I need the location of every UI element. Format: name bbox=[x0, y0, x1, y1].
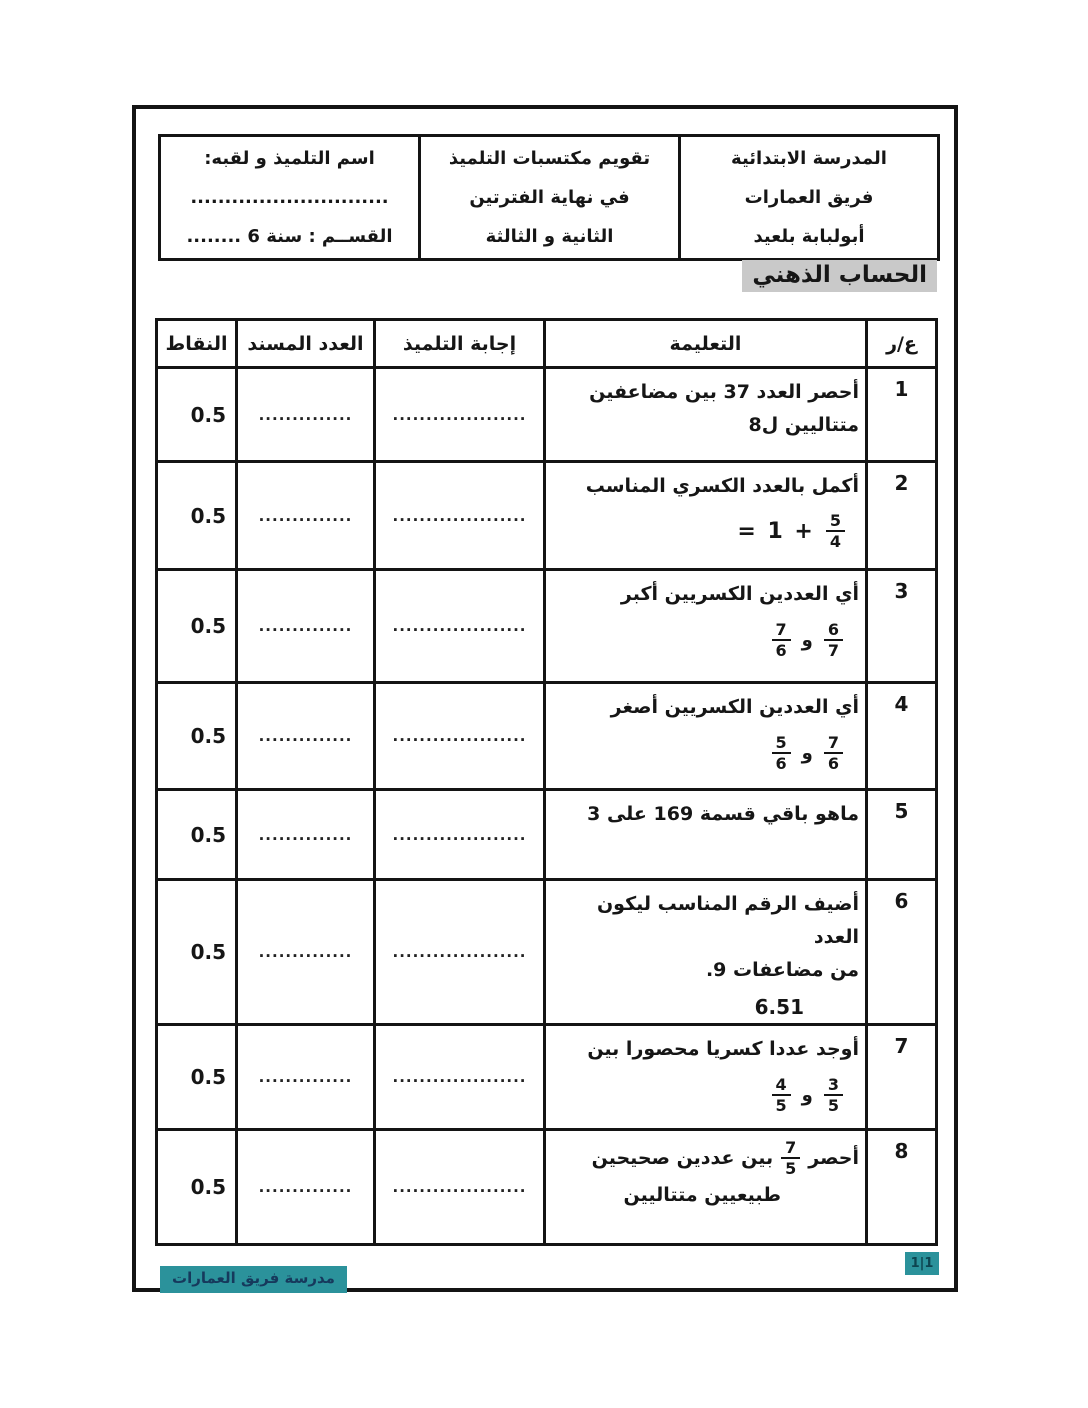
assigned-number-blank: .............. bbox=[237, 1025, 375, 1130]
col-header-assigned: العدد المسند bbox=[237, 320, 375, 368]
table-row: 5 ماهو باقي قسمة 169 على 3 .............… bbox=[157, 790, 937, 880]
instruction-line: ماهو باقي قسمة 169 على 3 bbox=[550, 798, 859, 831]
student-class-line: القســم : سنة 6 ........ bbox=[165, 217, 414, 256]
question-instruction: أي العددين الكسريين أصغر 7 6 و 5 6 bbox=[545, 683, 867, 790]
instruction-line: من مضاعفات 9. bbox=[550, 954, 859, 987]
assigned-number-blank: .............. bbox=[237, 462, 375, 570]
question-number: 4 bbox=[867, 683, 937, 790]
instruction-line: أوجد عددا كسريا محصورا بين bbox=[550, 1033, 859, 1066]
fraction-pair: 3 5 و 4 5 bbox=[550, 1066, 859, 1116]
fraction-numerator: 7 bbox=[781, 1138, 800, 1157]
points-value: 0.5 bbox=[157, 683, 237, 790]
conjunction-text: و bbox=[802, 743, 813, 764]
fraction-numerator: 7 bbox=[824, 733, 843, 752]
question-instruction: أحصر العدد 37 بين مضاعفين متتاليين ل8 bbox=[545, 368, 867, 462]
evaluation-line-1: تقويم مكتسبات التلميذ bbox=[425, 139, 674, 178]
instruction-line: طبيعيين متتاليين bbox=[550, 1179, 859, 1212]
questions-table: ع/ر التعليمة إجابة التلميذ العدد المسند … bbox=[155, 318, 938, 1246]
question-instruction: أي العددين الكسريين أكبر 6 7 و 7 6 bbox=[545, 570, 867, 683]
equation-line: = 1 + 5 4 bbox=[550, 503, 859, 552]
assigned-number-blank: .............. bbox=[237, 880, 375, 1025]
question-instruction: أوجد عددا كسريا محصورا بين 3 5 و 4 5 bbox=[545, 1025, 867, 1130]
evaluation-line-3: الثانية و الثالثة bbox=[425, 217, 674, 256]
fraction-numerator: 6 bbox=[824, 620, 843, 639]
assigned-number-blank: .............. bbox=[237, 1130, 375, 1245]
instruction-text-start: أحصر bbox=[808, 1142, 859, 1175]
fraction: 7 5 bbox=[781, 1138, 800, 1179]
question-number: 3 bbox=[867, 570, 937, 683]
table-row: 4 أي العددين الكسريين أصغر 7 6 و 5 6 ...… bbox=[157, 683, 937, 790]
student-answer-blank: .................... bbox=[375, 570, 545, 683]
assigned-number-blank: .............. bbox=[237, 683, 375, 790]
points-value: 0.5 bbox=[157, 1025, 237, 1130]
points-value: 0.5 bbox=[157, 1130, 237, 1245]
fraction-numerator: 3 bbox=[824, 1075, 843, 1094]
points-value: 0.5 bbox=[157, 880, 237, 1025]
conjunction-text: و bbox=[802, 1085, 813, 1106]
fraction-numerator: 5 bbox=[772, 733, 791, 752]
question-number: 7 bbox=[867, 1025, 937, 1130]
col-header-num: ع/ر bbox=[867, 320, 937, 368]
fraction: 7 6 bbox=[824, 733, 843, 774]
points-value: 0.5 bbox=[157, 570, 237, 683]
evaluation-info-cell: تقويم مكتسبات التلميذ في نهاية الفترتين … bbox=[420, 136, 680, 260]
question-instruction: أحصر 7 5 بين عددين صحيحين طبيعيين متتالي… bbox=[545, 1130, 867, 1245]
student-info-cell: اسم التلميذ و لقبه: ....................… bbox=[160, 136, 420, 260]
section-title: الحساب الذهني bbox=[742, 260, 937, 292]
fraction-numerator: 4 bbox=[772, 1075, 791, 1094]
assigned-number-blank: .............. bbox=[237, 368, 375, 462]
points-value: 0.5 bbox=[157, 462, 237, 570]
fraction: 5 4 bbox=[826, 511, 845, 552]
question-number: 1 bbox=[867, 368, 937, 462]
table-row: 8 أحصر 7 5 بين عددين صحيحين طبيعيين متتا… bbox=[157, 1130, 937, 1245]
school-line-3: أبولبابة بلعيد bbox=[685, 217, 933, 256]
assigned-number-blank: .............. bbox=[237, 570, 375, 683]
table-row: 3 أي العددين الكسريين أكبر 6 7 و 7 6 ...… bbox=[157, 570, 937, 683]
school-line-1: المدرسة الابتدائية bbox=[685, 139, 933, 178]
instruction-line: أضيف الرقم المناسب ليكون العدد bbox=[550, 888, 859, 954]
instruction-line: أي العددين الكسريين أصغر bbox=[550, 691, 859, 724]
instruction-line: متتاليين ل8 bbox=[550, 409, 859, 442]
fraction-pair: 6 7 و 7 6 bbox=[550, 611, 859, 661]
student-answer-blank: .................... bbox=[375, 683, 545, 790]
fraction-denominator: 4 bbox=[826, 530, 845, 552]
table-row: 6 أضيف الرقم المناسب ليكون العدد من مضاع… bbox=[157, 880, 937, 1025]
student-answer-blank: .................... bbox=[375, 1130, 545, 1245]
fraction-pair: 7 6 و 5 6 bbox=[550, 724, 859, 774]
fraction: 4 5 bbox=[772, 1075, 791, 1116]
school-info-cell: المدرسة الابتدائية فريق العمارات أبولباب… bbox=[680, 136, 939, 260]
fraction: 7 6 bbox=[772, 620, 791, 661]
student-name-label: اسم التلميذ و لقبه: bbox=[165, 139, 414, 178]
table-row: 7 أوجد عددا كسريا محصورا بين 3 5 و 4 5 .… bbox=[157, 1025, 937, 1130]
question-instruction: أكمل بالعدد الكسري المناسب = 1 + 5 4 bbox=[545, 462, 867, 570]
student-name-blank: ............................. bbox=[165, 178, 414, 217]
student-answer-blank: .................... bbox=[375, 880, 545, 1025]
points-value: 0.5 bbox=[157, 790, 237, 880]
question-number: 5 bbox=[867, 790, 937, 880]
student-answer-blank: .................... bbox=[375, 790, 545, 880]
col-header-points: النقاط bbox=[157, 320, 237, 368]
fraction-denominator: 6 bbox=[824, 752, 843, 774]
fraction-numerator: 5 bbox=[826, 511, 845, 530]
question-number: 2 bbox=[867, 462, 937, 570]
header-info-table: المدرسة الابتدائية فريق العمارات أبولباب… bbox=[158, 134, 940, 261]
question-instruction: ماهو باقي قسمة 169 على 3 bbox=[545, 790, 867, 880]
instruction-line: أكمل بالعدد الكسري المناسب bbox=[550, 470, 859, 503]
instruction-line: أحصر 7 5 بين عددين صحيحين bbox=[550, 1138, 859, 1179]
fraction-denominator: 6 bbox=[772, 639, 791, 661]
fraction-denominator: 5 bbox=[781, 1157, 800, 1179]
evaluation-line-2: في نهاية الفترتين bbox=[425, 178, 674, 217]
school-watermark-badge: مدرسة فريق العمارات bbox=[160, 1266, 347, 1293]
question-number: 8 bbox=[867, 1130, 937, 1245]
assigned-number-blank: .............. bbox=[237, 790, 375, 880]
fraction-numerator: 7 bbox=[772, 620, 791, 639]
points-value: 0.5 bbox=[157, 368, 237, 462]
decimal-number: 6.51 bbox=[550, 995, 859, 1019]
fraction: 5 6 bbox=[772, 733, 791, 774]
page-number-badge: 1|1 bbox=[905, 1252, 939, 1275]
instruction-text-end: بين عددين صحيحين bbox=[592, 1142, 774, 1175]
student-answer-blank: .................... bbox=[375, 1025, 545, 1130]
instruction-line: أحصر العدد 37 بين مضاعفين bbox=[550, 376, 859, 409]
fraction: 6 7 bbox=[824, 620, 843, 661]
scanned-worksheet-page: { "colors":{"badge_teal":"#2b929b","titl… bbox=[0, 0, 1088, 1408]
col-header-answer: إجابة التلميذ bbox=[375, 320, 545, 368]
fraction-denominator: 6 bbox=[772, 752, 791, 774]
fraction: 3 5 bbox=[824, 1075, 843, 1116]
student-answer-blank: .................... bbox=[375, 368, 545, 462]
question-number: 6 bbox=[867, 880, 937, 1025]
table-row: 1 أحصر العدد 37 بين مضاعفين متتاليين ل8 … bbox=[157, 368, 937, 462]
conjunction-text: و bbox=[802, 630, 813, 651]
question-instruction: أضيف الرقم المناسب ليكون العدد من مضاعفا… bbox=[545, 880, 867, 1025]
instruction-line: أي العددين الكسريين أكبر bbox=[550, 578, 859, 611]
student-answer-blank: .................... bbox=[375, 462, 545, 570]
fraction-denominator: 5 bbox=[772, 1094, 791, 1116]
table-row: 2 أكمل بالعدد الكسري المناسب = 1 + 5 4 .… bbox=[157, 462, 937, 570]
equation-text: = 1 + bbox=[737, 519, 815, 544]
table-header-row: ع/ر التعليمة إجابة التلميذ العدد المسند … bbox=[157, 320, 937, 368]
school-line-2: فريق العمارات bbox=[685, 178, 933, 217]
fraction-denominator: 5 bbox=[824, 1094, 843, 1116]
fraction-denominator: 7 bbox=[824, 639, 843, 661]
col-header-instruction: التعليمة bbox=[545, 320, 867, 368]
